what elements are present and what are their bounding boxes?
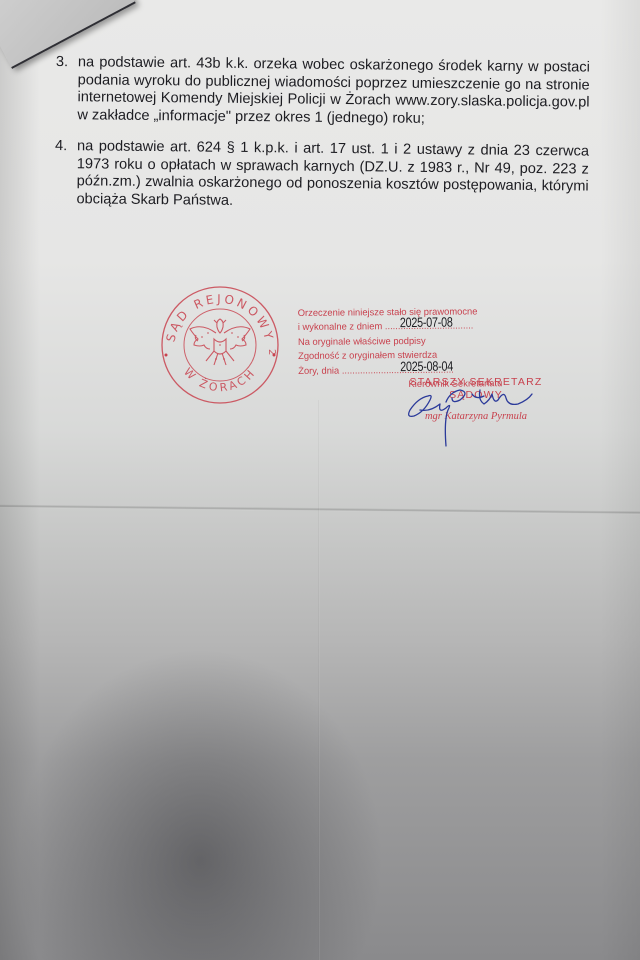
- court-seal: SĄD REJONOWY W ŻORACH 2: [156, 283, 284, 407]
- verdict-item-4: 4. na podstawie art. 624 § 1 k.p.k. i ar…: [54, 138, 589, 214]
- paper-fold-crease-vertical: [318, 400, 320, 960]
- certification-date: 2025-08-04: [400, 359, 453, 374]
- stamp-label: Żory, dnia: [298, 364, 339, 375]
- item-text: na podstawie art. 624 § 1 k.p.k. i art. …: [76, 138, 589, 213]
- stamp-label: i wykonalne z dniem: [298, 321, 383, 333]
- verdict-body: 3. na podstawie art. 43b k.k. orzeka wob…: [54, 54, 590, 228]
- svg-text:SĄD REJONOWY: SĄD REJONOWY: [163, 292, 276, 343]
- item-number: 3.: [55, 54, 78, 124]
- finality-date: 2025-07-08: [400, 316, 453, 331]
- svg-text:W ŻORACH: W ŻORACH: [181, 365, 259, 394]
- item-text: na podstawie art. 43b k.k. orzeka wobec …: [77, 54, 590, 129]
- verdict-item-3: 3. na podstawie art. 43b k.k. orzeka wob…: [55, 54, 590, 130]
- handwritten-signature: [400, 380, 550, 450]
- item-number: 4.: [54, 138, 77, 208]
- polish-eagle-emblem: [190, 319, 250, 365]
